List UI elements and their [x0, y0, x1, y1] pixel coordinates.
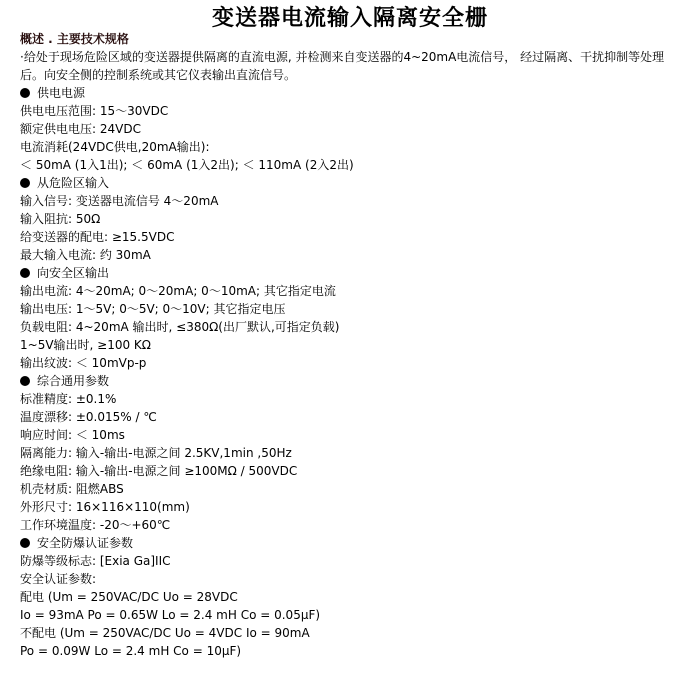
spec-line: Io = 93mA Po = 0.65W Lo = 2.4 mH Co = 0.…: [20, 606, 690, 624]
spec-line: 负载电阻: 4~20mA 输出时, ≤380Ω(出厂默认,可指定负载): [20, 318, 690, 336]
spec-line: 输入阻抗: 50Ω: [20, 210, 690, 228]
bullet-icon: [20, 178, 30, 188]
spec-line: 温度漂移: ±0.015% / ℃: [20, 408, 690, 426]
page-title: 变送器电流输入隔离安全栅: [0, 4, 700, 32]
section-safe-output: 向安全区输出: [20, 264, 690, 282]
spec-line: 输出电流: 4～20mA; 0～20mA; 0～10mA; 其它指定电流: [20, 282, 690, 300]
spec-content: 概述 . 主要技术规格 ·给处于现场危险区域的变送器提供隔离的直流电源, 并检测…: [20, 30, 690, 660]
intro-paragraph: ·给处于现场危险区域的变送器提供隔离的直流电源, 并检测来自变送器的4~20mA…: [20, 48, 670, 84]
spec-line: Po = 0.09W Lo = 2.4 mH Co = 10μF): [20, 642, 690, 660]
spec-line: 响应时间: ＜ 10ms: [20, 426, 690, 444]
spec-line: 外形尺寸: 16×116×110(mm): [20, 498, 690, 516]
section-explosion-proof: 安全防爆认证参数: [20, 534, 690, 552]
spec-line: 防爆等级标志: [Exia Ga]IIC: [20, 552, 690, 570]
spec-line: 供电电压范围: 15～30VDC: [20, 102, 690, 120]
spec-line: 最大输入电流: 约 30mA: [20, 246, 690, 264]
spec-line: ＜ 50mA (1入1出); ＜ 60mA (1入2出); ＜ 110mA (2…: [20, 156, 690, 174]
section-general-params: 综合通用参数: [20, 372, 690, 390]
spec-line: 不配电 (Um = 250VAC/DC Uo = 4VDC Io = 90mA: [20, 624, 690, 642]
section-hazardous-input: 从危险区输入: [20, 174, 690, 192]
spec-line: 隔离能力: 输入-输出-电源之间 2.5KV,1min ,50Hz: [20, 444, 690, 462]
spec-line: 绝缘电阻: 输入-输出-电源之间 ≥100MΩ / 500VDC: [20, 462, 690, 480]
overview-heading: 概述 . 主要技术规格: [20, 30, 690, 48]
spec-line: 配电 (Um = 250VAC/DC Uo = 28VDC: [20, 588, 690, 606]
bullet-icon: [20, 268, 30, 278]
spec-line: 输出纹波: ＜ 10mVp-p: [20, 354, 690, 372]
bullet-icon: [20, 88, 30, 98]
spec-line: 标准精度: ±0.1%: [20, 390, 690, 408]
spec-line: 给变送器的配电: ≥15.5VDC: [20, 228, 690, 246]
spec-line: 输出电压: 1～5V; 0～5V; 0～10V; 其它指定电压: [20, 300, 690, 318]
spec-line: 安全认证参数:: [20, 570, 690, 588]
spec-line: 1~5V输出时, ≥100 KΩ: [20, 336, 690, 354]
bullet-icon: [20, 376, 30, 386]
spec-line: 工作环境温度: -20～+60℃: [20, 516, 690, 534]
spec-line: 额定供电电压: 24VDC: [20, 120, 690, 138]
bullet-icon: [20, 538, 30, 548]
section-power-supply: 供电电源: [20, 84, 690, 102]
spec-line: 机壳材质: 阻燃ABS: [20, 480, 690, 498]
spec-line: 电流消耗(24VDC供电,20mA输出):: [20, 138, 690, 156]
spec-line: 输入信号: 变送器电流信号 4～20mA: [20, 192, 690, 210]
